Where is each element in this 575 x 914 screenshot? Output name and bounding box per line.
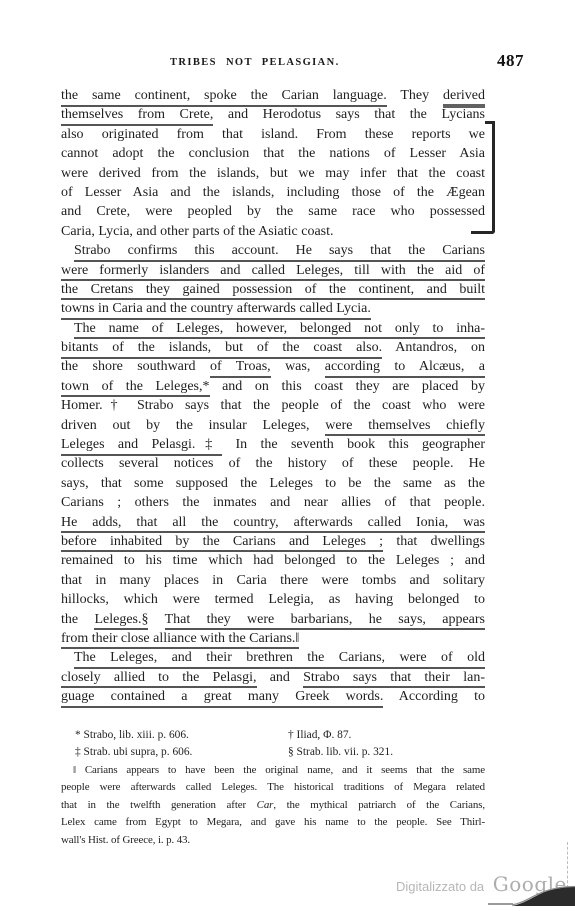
underlined-text: were themselves chiefly	[325, 418, 485, 437]
text-line: closely allied to the Pelasgi, and Strab…	[61, 668, 485, 687]
text-line: The name of Leleges, however, belonged n…	[61, 319, 485, 338]
scan-artifact-line	[567, 842, 568, 888]
footnote-ref: * Strabo, lib. xiii. p. 606.	[61, 727, 288, 744]
text-segment: cannot adopt the conclusion that the nat…	[61, 146, 485, 161]
text-segment: Lelex came from Egypt to Megara, and gav…	[61, 816, 485, 828]
text-line: He adds, that all the country, afterward…	[61, 513, 485, 532]
text-segment: In the seventh book this geographer	[222, 437, 485, 452]
text-segment: and Herodotus says that the Lycians	[213, 107, 485, 122]
text-segment: Carians ; others the inmates and near al…	[61, 495, 485, 510]
underlined-text: The name of Leleges, however, belonged n…	[74, 321, 485, 340]
text-line: says, that some supposed the Leleges to …	[61, 474, 485, 493]
text-line: Leleges and Pelasgi.‡ In the seventh boo…	[61, 435, 485, 454]
underlined-text: closely allied to the Pelasgi,	[61, 670, 257, 689]
footnote-ref: § Strab. lib. vii. p. 321.	[288, 744, 485, 761]
text-line: cannot adopt the conclusion that the nat…	[61, 144, 485, 163]
text-segment: hillocks, which were termed Lelegia, as …	[61, 592, 485, 607]
text-line: themselves from Crete, and Herodotus say…	[61, 105, 485, 124]
text-line: from their close alliance with the Caria…	[61, 629, 485, 648]
watermark-text: Digitalizzato da	[396, 879, 484, 894]
text-segment: says, that some supposed the Leleges to …	[61, 476, 485, 491]
text-line: also originated from that island. From t…	[61, 125, 485, 144]
text-segment: the	[61, 612, 94, 627]
text-line: town of the Leleges,* and on this coast …	[61, 377, 485, 396]
text-line: and Crete, were peopled by the same race…	[61, 202, 485, 221]
underlined-text: The Leleges, and their brethren the Cari…	[74, 650, 485, 669]
text-line: bitants of the islands, but of the coast…	[61, 338, 485, 357]
underlined-text: That they were barbarians, he says, appe…	[165, 612, 485, 631]
text-line: towns in Caria and the country afterward…	[61, 299, 485, 318]
paragraph: the same continent, spoke the Carian lan…	[61, 86, 485, 241]
text-segment: driven out by the insular Leleges,	[61, 418, 325, 433]
text-segment: the shore southward	[61, 359, 210, 374]
underlined-text: themselves from Crete,	[61, 107, 213, 126]
text-segment: Car	[257, 799, 274, 811]
text-segment: and	[257, 670, 304, 685]
underlined-text: Leleges and Pelasgi.‡	[61, 437, 222, 456]
text-segment: that dwellings	[383, 534, 485, 549]
text-segment: Antandros, on	[382, 340, 485, 355]
underlined-text: Strabo confirms this account. He says th…	[74, 243, 485, 262]
text-line: remained to his time which had belonged …	[61, 551, 485, 570]
underlined-text: before inhabited by the Carians and Lele…	[61, 534, 383, 553]
text-segment: of Lesser Asia and the islands, includin…	[61, 185, 485, 200]
text-segment: wall's Hist. of Greece, i. p. 43.	[61, 834, 190, 846]
text-line: the Leleges.§ That they were barbarians,…	[61, 610, 485, 629]
text-line: that in many places in Caria there were …	[61, 571, 485, 590]
text-line: the shore southward of Troas, was, accor…	[61, 357, 485, 376]
underlined-text: the same continent, spoke the Carian lan…	[61, 88, 387, 107]
text-line: people were afterwards called Leleges. T…	[61, 779, 485, 796]
text-segment: and on this coast they are placed by	[210, 379, 486, 394]
text-segment: also originated from that island. From t…	[61, 127, 485, 142]
underlined-text: towns in Caria and the country afterward…	[61, 301, 371, 320]
text-line: ‖ Carians appears to have been the origi…	[61, 762, 485, 779]
underlined-text: He adds, that all the country, afterward…	[61, 515, 485, 534]
underlined-text: were formerly islanders and called Leleg…	[61, 263, 485, 282]
text-line: Strabo confirms this account. He says th…	[61, 241, 485, 260]
underlined-text: bitants of the islands, but of the coast…	[61, 340, 382, 359]
underlined-text: guage contained a great many Greek words…	[61, 689, 383, 708]
underlined-text: of Troas,	[210, 359, 271, 378]
margin-bracket-annotation	[471, 121, 495, 234]
text-segment: and Crete, were peopled by the same race…	[61, 204, 485, 219]
text-line: the same continent, spoke the Carian lan…	[61, 86, 485, 105]
paragraph: Strabo confirms this account. He says th…	[61, 241, 485, 319]
text-segment: was,	[271, 359, 325, 374]
underlined-text: Strabo says that their lan-	[303, 670, 485, 689]
text-line: were derived from the islands, but we ma…	[61, 164, 485, 183]
underlined-text: Leleges.§	[94, 612, 148, 631]
paragraph: The name of Leleges, however, belonged n…	[61, 319, 485, 649]
footnote-ref: ‡ Strab. ubi supra, p. 606.	[61, 744, 288, 761]
text-line: driven out by the insular Leleges, were …	[61, 416, 485, 435]
paragraph: The Leleges, and their brethren the Cari…	[61, 648, 485, 706]
text-line: collects several notices of the history …	[61, 454, 485, 473]
page-number: 487	[497, 51, 524, 71]
text-line: the Cretans they gained possession of th…	[61, 280, 485, 299]
text-line: before inhabited by the Carians and Lele…	[61, 532, 485, 551]
text-segment: that in many places in Caria there were …	[61, 573, 485, 588]
text-segment: people were afterwards called Leleges. T…	[61, 781, 485, 793]
text-line: Lelex came from Egypt to Megara, and gav…	[61, 814, 485, 831]
text-line: Homer.† Strabo says that the people of t…	[61, 396, 485, 415]
footnote-row: * Strabo, lib. xiii. p. 606. † Iliad, Φ.…	[61, 727, 485, 744]
text-segment: Homer.† Strabo says that the people of t…	[61, 398, 485, 413]
text-line: The Leleges, and their brethren the Cari…	[61, 648, 485, 667]
footnote-row: ‡ Strab. ubi supra, p. 606. § Strab. lib…	[61, 744, 485, 761]
text-line: wall's Hist. of Greece, i. p. 43.	[61, 832, 485, 849]
page-body-text: the same continent, spoke the Carian lan…	[61, 86, 485, 707]
text-segment: were derived from the islands, but we ma…	[61, 166, 485, 181]
text-line: of Lesser Asia and the islands, includin…	[61, 183, 485, 202]
text-line: hillocks, which were termed Lelegia, as …	[61, 590, 485, 609]
text-line: Carians ; others the inmates and near al…	[61, 493, 485, 512]
text-line: guage contained a great many Greek words…	[61, 687, 485, 706]
scan-artifact-corner-blob	[486, 884, 575, 908]
footnote-ref: † Iliad, Φ. 87.	[288, 727, 485, 744]
underlined-text: according to Alcæus, a	[325, 359, 485, 378]
footnote-long-note: ‖ Carians appears to have been the origi…	[61, 762, 485, 849]
text-segment: They	[387, 88, 443, 103]
text-line: that in the twelfth generation after Car…	[61, 797, 485, 814]
text-segment	[148, 612, 164, 627]
text-segment: According to	[383, 689, 485, 704]
running-header: TRIBES NOT PELASGIAN.	[170, 57, 340, 68]
text-segment: collects several notices of the history …	[61, 456, 485, 471]
text-line: were formerly islanders and called Leleg…	[61, 261, 485, 280]
underlined-text: the Cretans they gained possession of th…	[61, 282, 485, 301]
text-line: Caria, Lycia, and other parts of the Asi…	[61, 222, 485, 241]
footnotes-block: * Strabo, lib. xiii. p. 606. † Iliad, Φ.…	[61, 727, 485, 849]
text-segment: remained to his time which had belonged …	[61, 553, 485, 568]
text-segment: ‖ Carians appears to have been the origi…	[73, 764, 485, 776]
underlined-text: town of the Leleges,*	[61, 379, 210, 398]
text-segment: that in the twelfth generation after	[61, 799, 257, 811]
scanned-book-page: TRIBES NOT PELASGIAN. 487 the same conti…	[0, 0, 575, 914]
text-segment: , the mythical patriarch of the Carians,	[273, 799, 485, 811]
underlined-text: from their close alliance with the Caria…	[61, 631, 299, 650]
text-segment: Caria, Lycia, and other parts of the Asi…	[61, 224, 334, 239]
